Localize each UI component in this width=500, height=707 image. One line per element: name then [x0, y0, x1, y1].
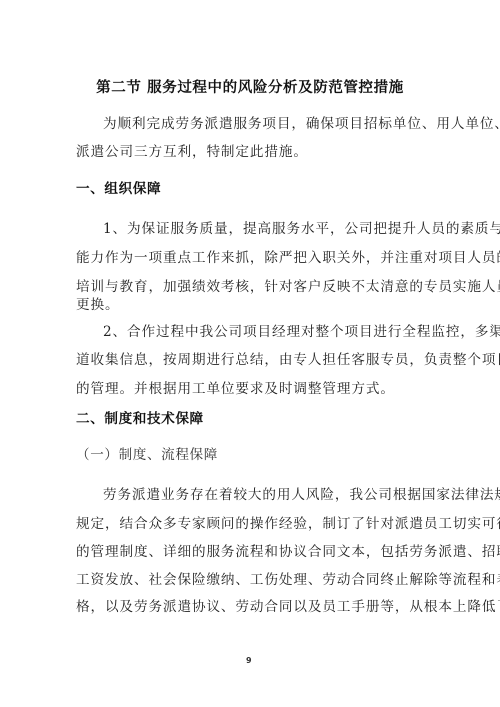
item1-line-1: 1、为保证服务质量，提高服务水平，公司把提升人员的素质与: [103, 220, 428, 238]
section-title: 第二节 服务过程中的风险分析及防范管控措施: [0, 76, 500, 97]
para-line-1: 劳务派遣业务存在着较大的用人风险，我公司根据国家法律法规: [103, 486, 428, 504]
subheading-process: （一）制度、流程保障: [76, 446, 428, 464]
para-line-4: 工资发放、社会保险缴纳、工伤处理、劳动合同终止解除等流程和表: [76, 571, 428, 589]
page-number: 9: [246, 656, 252, 665]
para-line-2: 规定，结合众多专家顾问的操作经验，制订了针对派遣员工切实可行: [76, 515, 428, 533]
intro-line-2: 派遣公司三方互利，特制定此措施。: [76, 143, 428, 161]
item1-line-2: 能力作为一项重点工作来抓，除严把入职关外，并注重对项目人员的: [76, 249, 428, 267]
heading-organization: 一、组织保障: [76, 180, 428, 198]
para-line-3: 的管理制度、详细的服务流程和协议合同文本，包括劳务派遣、招聘、: [76, 543, 428, 561]
document-page: 第二节 服务过程中的风险分析及防范管控措施 为顺利完成劳务派遣服务项目，确保项目…: [0, 0, 500, 707]
heading-system-tech: 二、制度和技术保障: [76, 410, 428, 428]
item2-line-2: 道收集信息，按周期进行总结，由专人担任客服专员，负责整个项目: [76, 351, 428, 369]
item2-line-3: 的管理。并根据用工单位要求及时调整管理方式。: [76, 380, 428, 398]
item1-line-3: 培训与教育，加强绩效考核，针对客户反映不太清意的专员实施人员: [76, 278, 428, 296]
item2-line-1: 2、合作过程中我公司项目经理对整个项目进行全程监控，多渠: [103, 323, 428, 341]
intro-line-1: 为顺利完成劳务派遣服务项目，确保项目招标单位、用人单位、: [103, 115, 428, 133]
item1-line-4: 更换。: [76, 296, 428, 314]
para-line-5: 格，以及劳务派遣协议、劳动合同以及员工手册等，从根本上降低了: [76, 598, 428, 616]
